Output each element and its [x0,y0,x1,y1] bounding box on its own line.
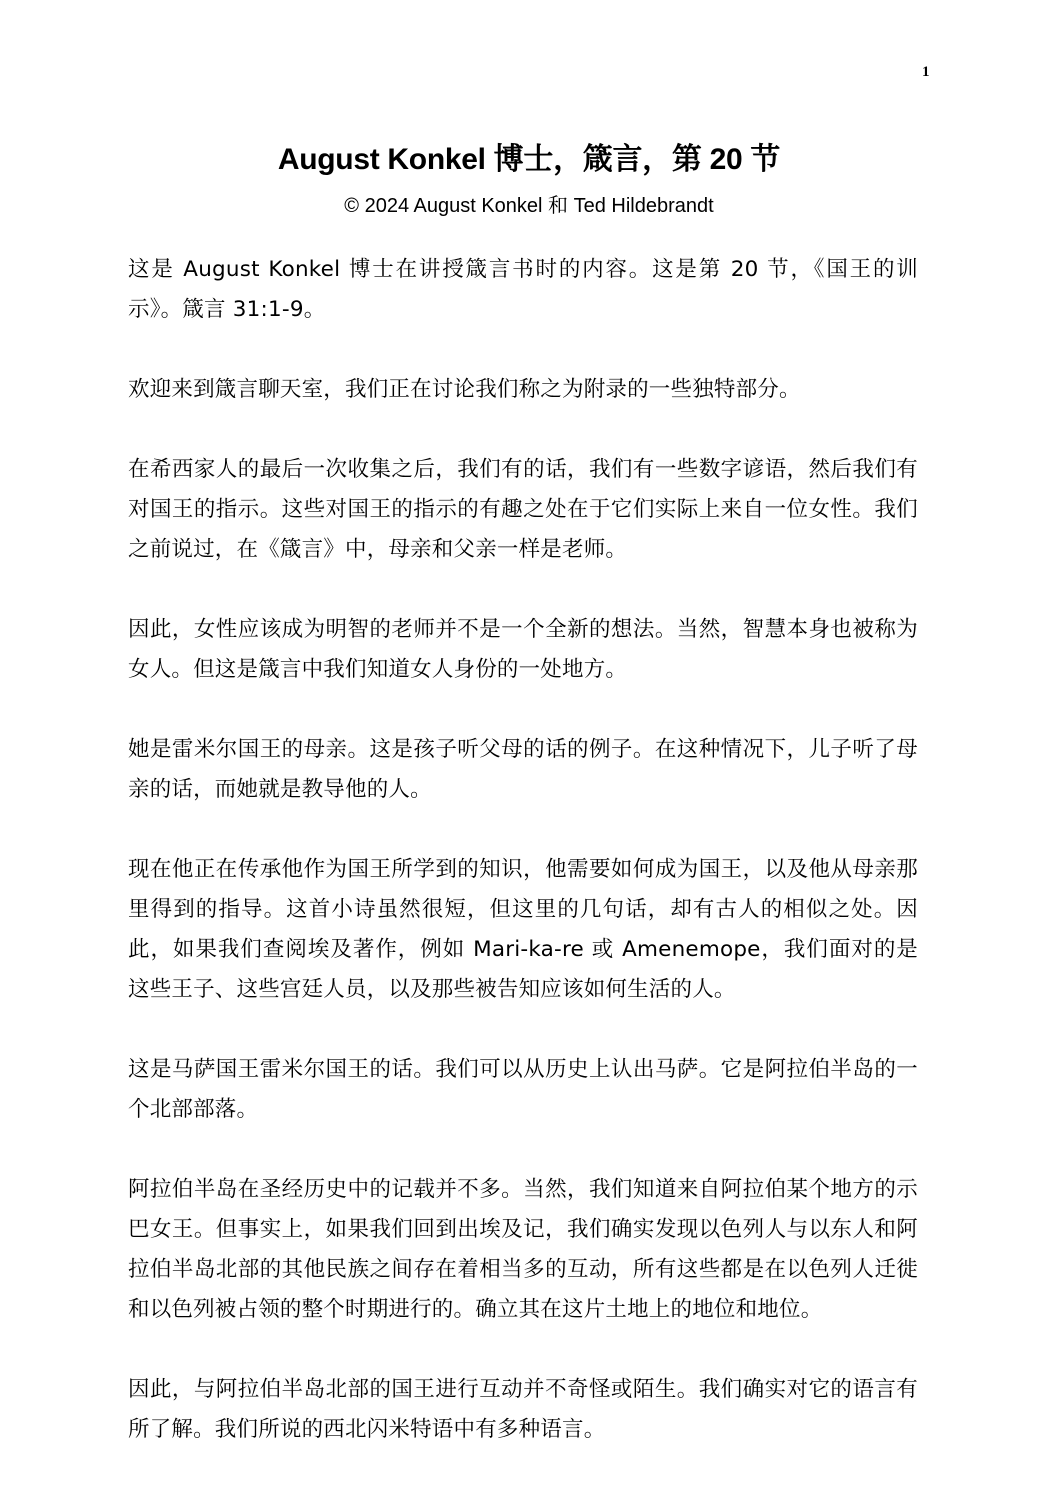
paragraph: 这是马萨国王雷米尔国王的话。我们可以从历史上认出马萨。它是阿拉伯半岛的一个北部部… [128,1050,918,1130]
paragraph: 因此，与阿拉伯半岛北部的国王进行互动并不奇怪或陌生。我们确实对它的语言有所了解。… [128,1370,918,1450]
paragraph: 现在他正在传承他作为国王所学到的知识，他需要如何成为国王，以及他从母亲那里得到的… [128,850,918,1010]
page-number: 1 [922,64,930,81]
paragraph-welcome: 欢迎来到箴言聊天室，我们正在讨论我们称之为附录的一些独特部分。 [128,370,918,410]
paragraph: 她是雷米尔国王的母亲。这是孩子听父母的话的例子。在这种情况下，儿子听了母亲的话，… [128,730,918,810]
paragraph-intro: 这是 August Konkel 博士在讲授箴言书时的内容。这是第 20 节，《… [128,250,918,330]
paragraph: 因此，女性应该成为明智的老师并不是一个全新的想法。当然，智慧本身也被称为女人。但… [128,610,918,690]
copyright-line: © 2024 August Konkel 和 Ted Hildebrandt [0,192,1058,220]
paragraph: 阿拉伯半岛在圣经历史中的记载并不多。当然，我们知道来自阿拉伯某个地方的示巴女王。… [128,1170,918,1330]
document-body: 这是 August Konkel 博士在讲授箴言书时的内容。这是第 20 节，《… [128,250,918,1490]
document-title: August Konkel 博士，箴言，第 20 节 [0,140,1058,180]
paragraph: 在希西家人的最后一次收集之后，我们有的话，我们有一些数字谚语，然后我们有对国王的… [128,450,918,570]
